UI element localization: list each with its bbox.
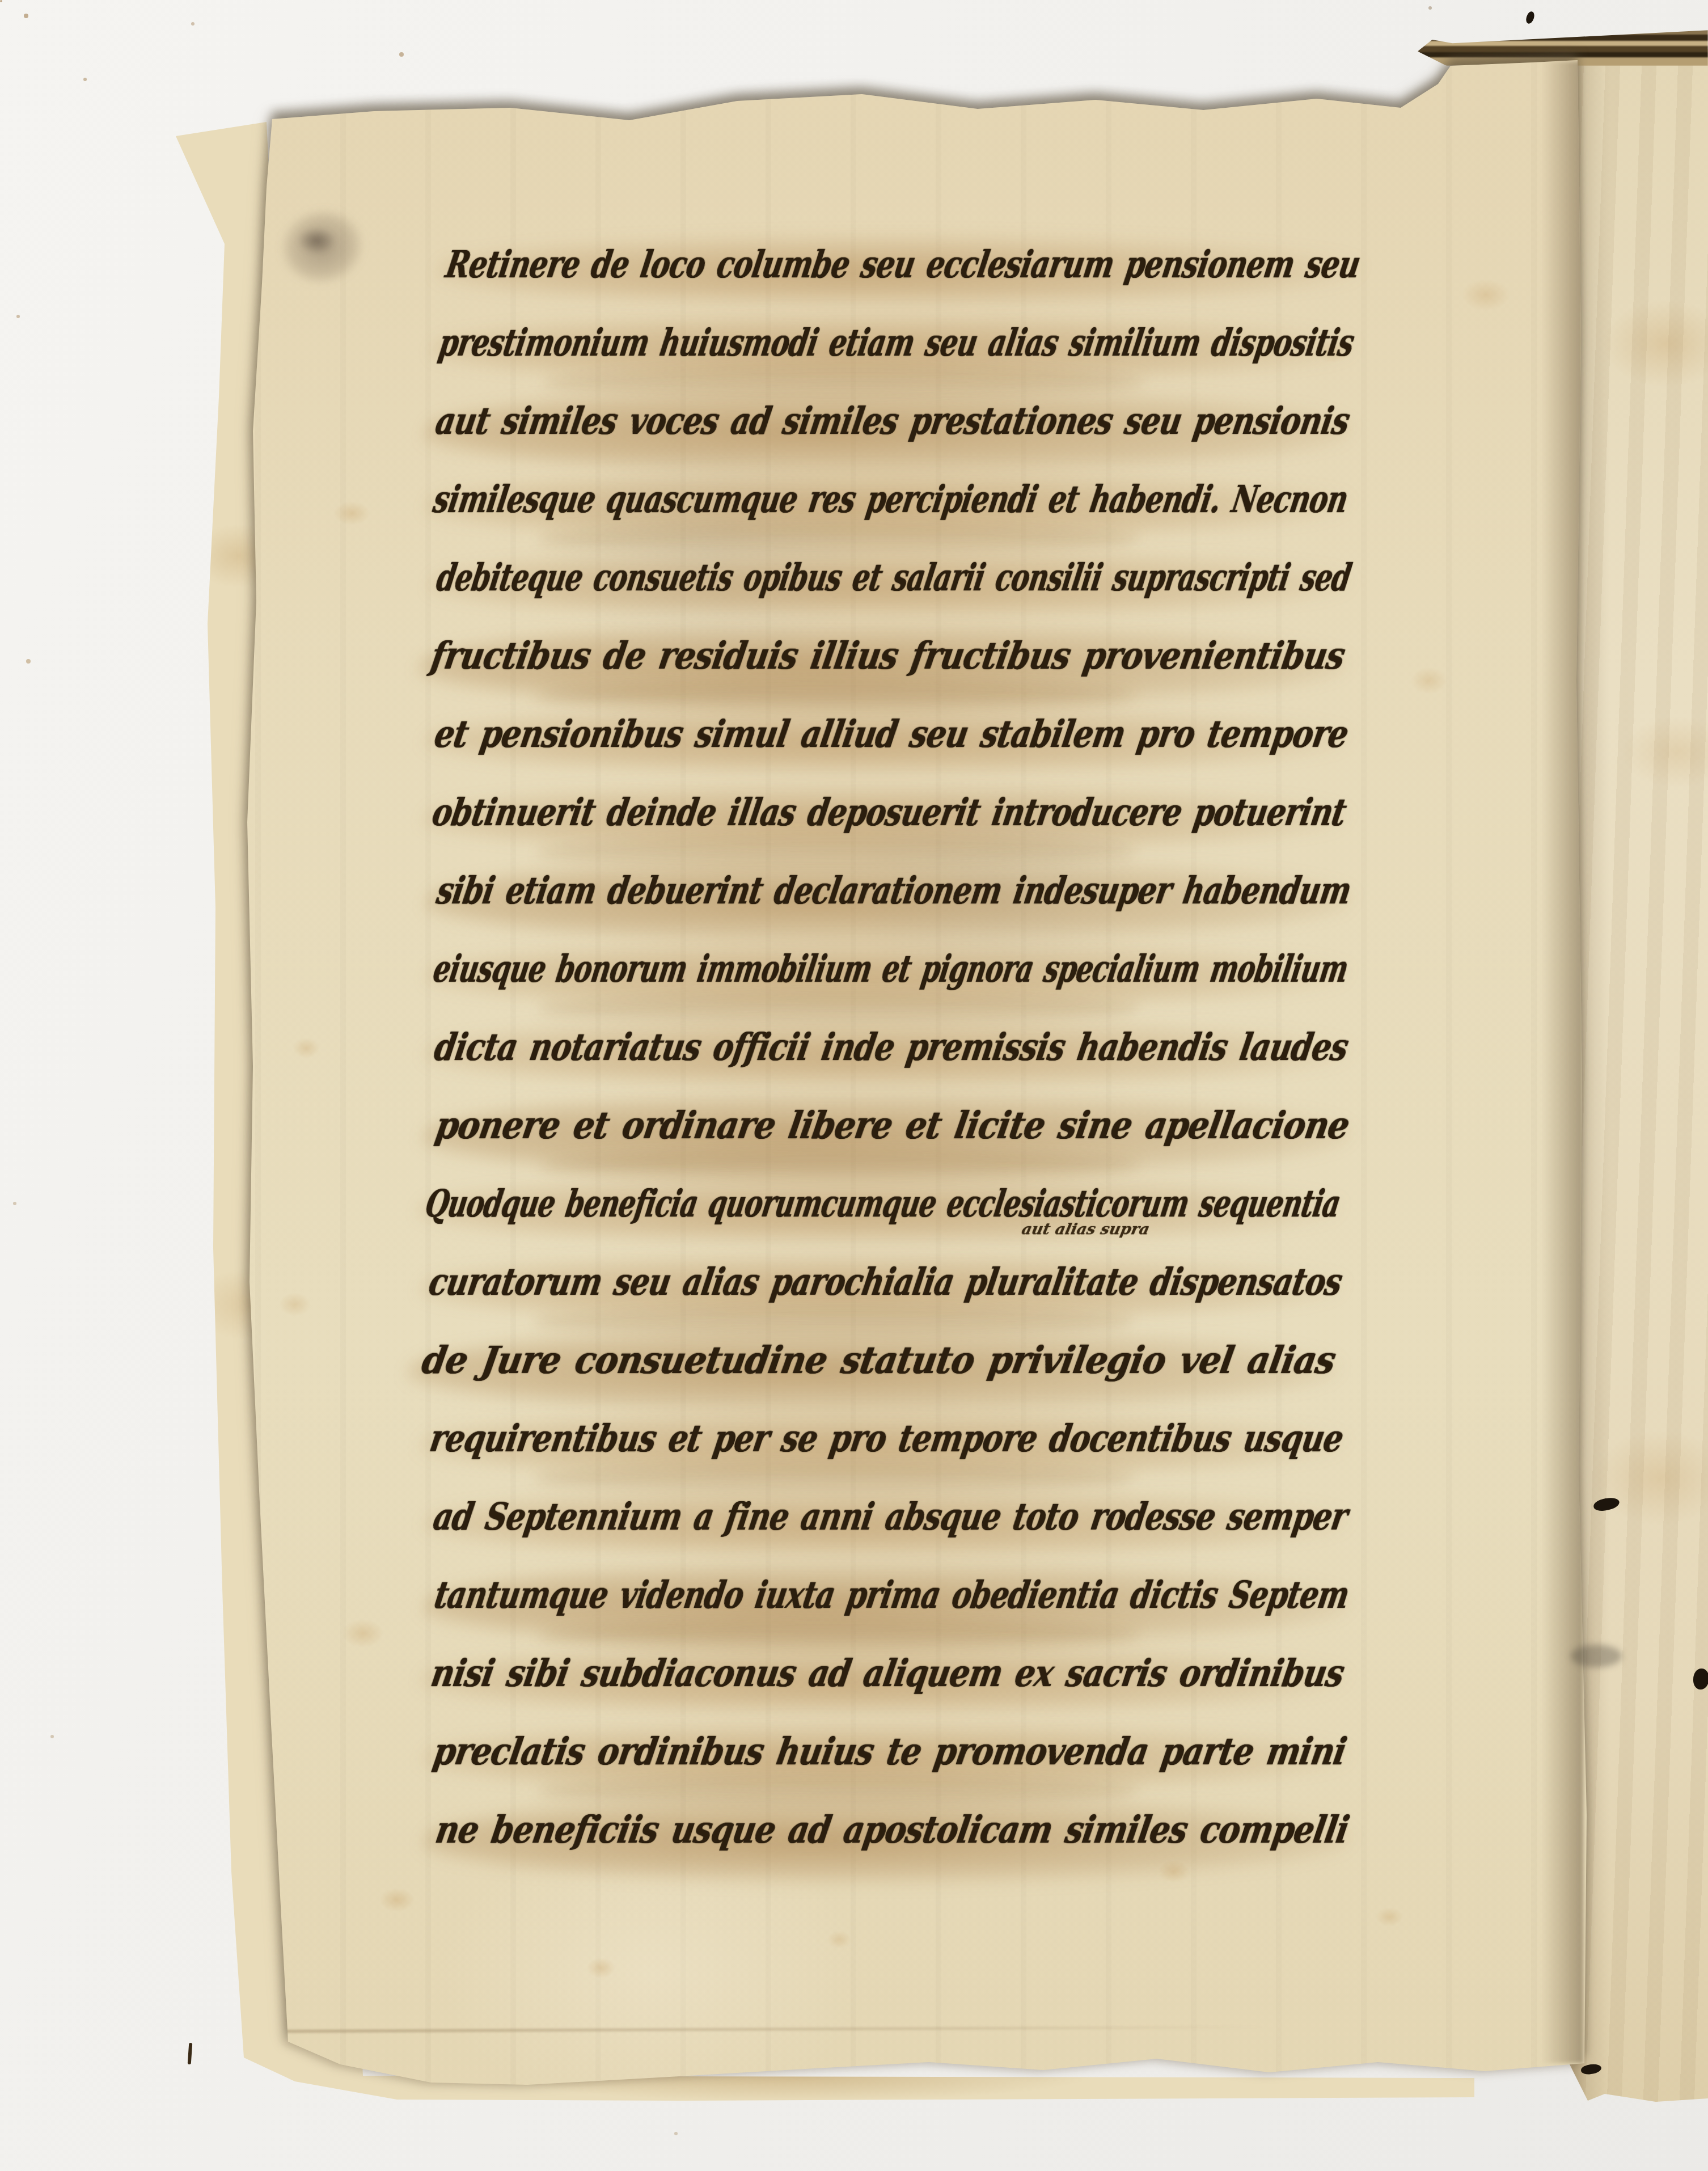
interlinear-insertion: aut alias supra [1020,1220,1151,1238]
paper-surface: Retinere de loco columbe seu ecclesiarum… [0,0,1708,2171]
manuscript-text-block: Retinere de loco columbe seu ecclesiarum… [0,0,1708,2171]
dust-specks [0,0,2,2]
scanned-manuscript: Retinere de loco columbe seu ecclesiarum… [0,0,1708,2171]
manuscript-page: Retinere de loco columbe seu ecclesiarum… [0,0,1708,2171]
text-line-21: ne beneficiis usque ad apostolicam simil… [425,1809,1352,1894]
ink-speck [1693,1669,1708,1690]
gray-smudge [1571,1645,1622,1667]
